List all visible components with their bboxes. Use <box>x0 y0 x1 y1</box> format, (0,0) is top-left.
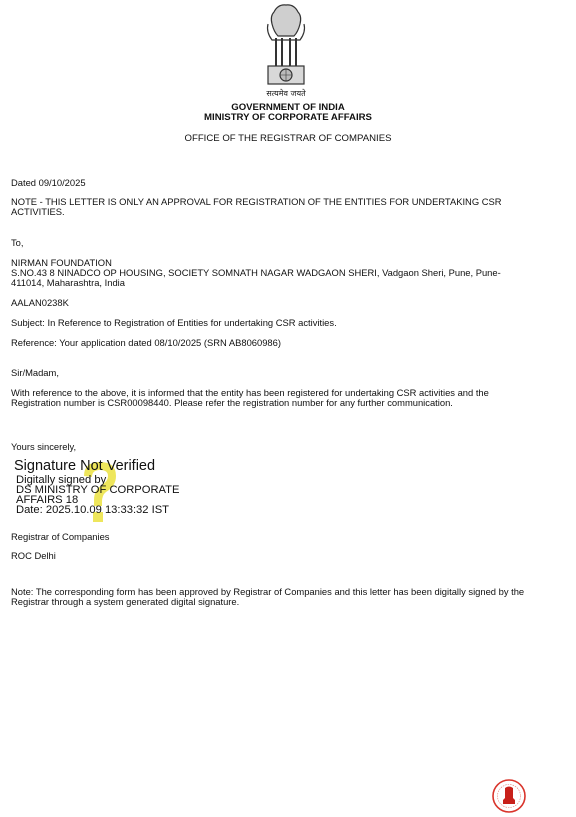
salutation: Sir/Madam, <box>11 367 59 378</box>
office-heading: OFFICE OF THE REGISTRAR OF COMPANIES <box>0 133 576 144</box>
signature-date: Date: 2025.10.09 13:33:32 IST <box>16 505 214 515</box>
digital-signature-block[interactable]: Signature Not Verified Digitally signed … <box>14 458 214 518</box>
to-label: To, <box>11 237 24 248</box>
pan-number: AALAN0238K <box>11 297 69 308</box>
closing: Yours sincerely, <box>11 441 76 452</box>
ministry-heading: MINISTRY OF CORPORATE AFFAIRS <box>0 113 576 123</box>
reference-line: Reference: Your application dated 08/10/… <box>11 337 281 348</box>
svg-text:सत्यमेव जयते: सत्यमेव जयते <box>266 88 306 98</box>
subject-line: Subject: In Reference to Registration of… <box>11 317 337 328</box>
signatory-office: ROC Delhi <box>11 550 56 561</box>
letter-date: Dated 09/10/2025 <box>11 177 86 188</box>
national-emblem-icon: सत्यमेव जयते <box>256 2 316 102</box>
recipient-address-line2: 411014, Maharashtra, India <box>11 277 125 288</box>
body-line2: Registration number is CSR00098440. Plea… <box>11 397 453 408</box>
footer-note-line2: Registrar through a system generated dig… <box>11 596 239 607</box>
approval-note-line1: NOTE - THIS LETTER IS ONLY AN APPROVAL F… <box>11 196 502 207</box>
signature-status: Signature Not Verified <box>14 458 214 475</box>
approval-note-line2: ACTIVITIES. <box>11 206 65 217</box>
signatory-designation: Registrar of Companies <box>11 531 109 542</box>
mca-seal-icon <box>489 778 529 814</box>
